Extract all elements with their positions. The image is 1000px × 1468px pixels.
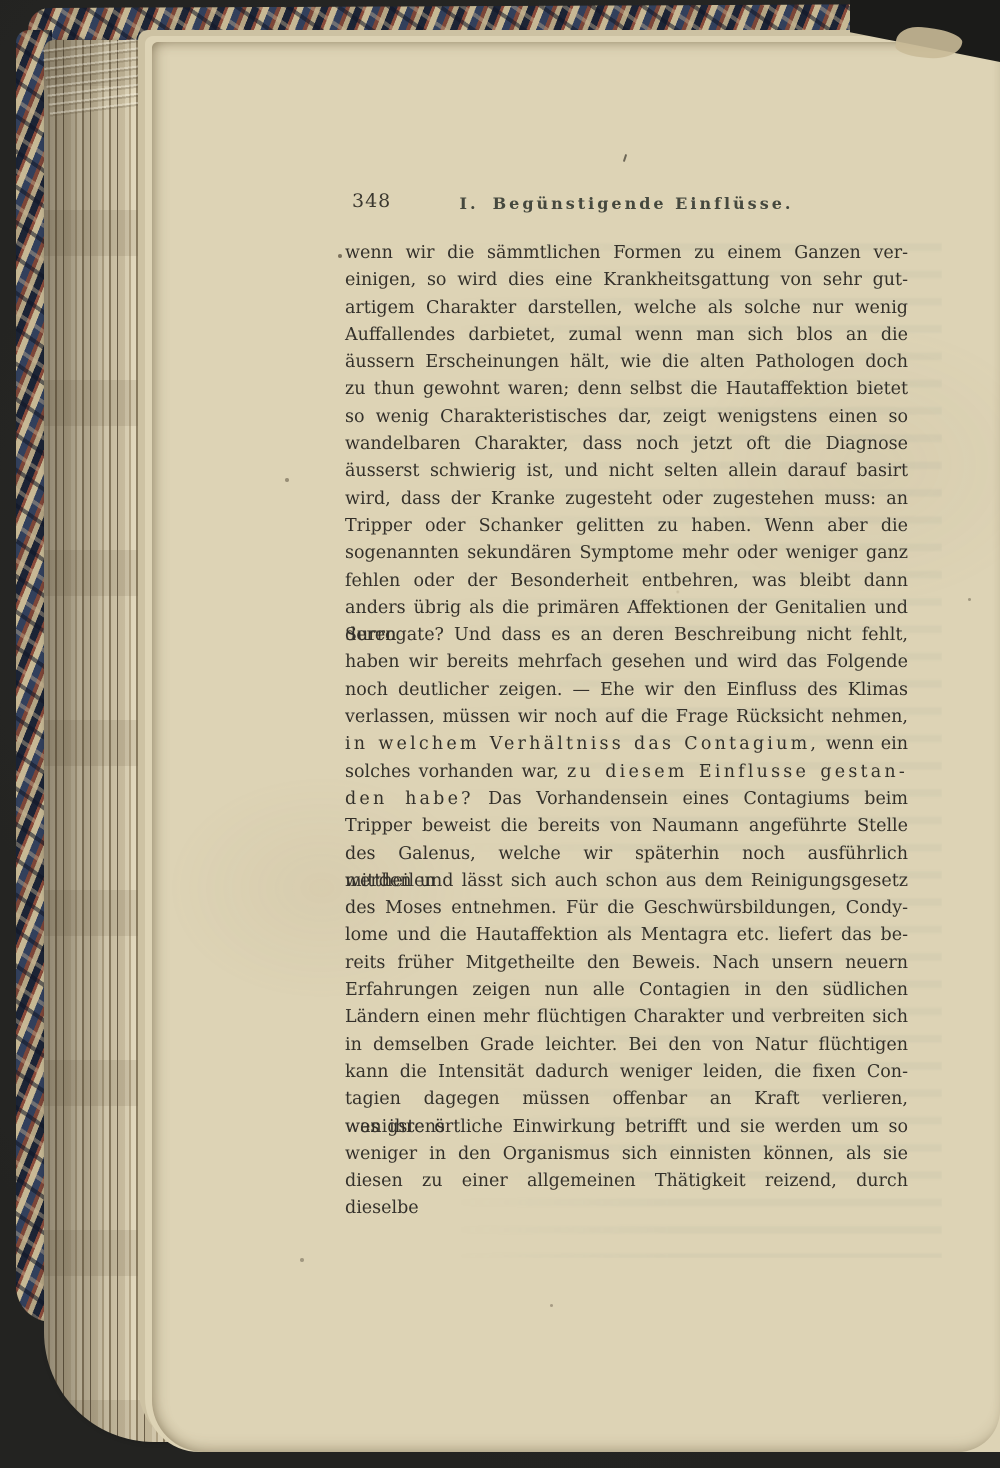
body-text: Das Vorhandensein eines Contagiums beim bbox=[474, 789, 908, 809]
text-line: verlassen, müssen wir noch auf die Frage… bbox=[345, 704, 908, 731]
scan-speck bbox=[968, 598, 971, 601]
text-line: sogenannten sekundären Symptome mehr ode… bbox=[345, 540, 908, 567]
body-text: äusserst schwierig ist, und nicht selten… bbox=[345, 461, 908, 481]
chapter-title: Begünstigende Einflüsse. bbox=[493, 194, 794, 213]
text-line: wandelbaren Charakter, dass noch jetzt o… bbox=[345, 431, 908, 458]
text-block: wenn wir die sämmtlichen Formen zu einem… bbox=[345, 240, 908, 1195]
text-line: anders übrig als die primären Affektione… bbox=[345, 595, 908, 622]
text-line: des Galenus, welche wir späterhin noch a… bbox=[345, 841, 908, 868]
body-text: so wenig Charakteristisches dar, zeigt w… bbox=[345, 407, 908, 427]
text-line: werden und lässt sich auch schon aus dem… bbox=[345, 868, 908, 895]
text-line: Tripper oder Schanker gelitten zu haben.… bbox=[345, 513, 908, 540]
text-line: den habe? Das Vorhandensein eines Contag… bbox=[345, 786, 908, 813]
body-text: sogenannten sekundären Symptome mehr ode… bbox=[345, 543, 908, 563]
page-stack-top-ledges bbox=[42, 38, 146, 119]
text-line: Surrogate? Und dass es an deren Beschrei… bbox=[345, 622, 908, 649]
body-text: äussern Erscheinungen hält, wie die alte… bbox=[345, 352, 908, 372]
body-text: in demselben Grade leichter. Bei den von… bbox=[345, 1035, 908, 1055]
body-text: reits früher Mitgetheilte den Beweis. Na… bbox=[345, 953, 908, 973]
text-line: solches vorhanden war, zu diesem Einflus… bbox=[345, 759, 908, 786]
body-text: diesen zu einer allgemeinen Thätigkeit r… bbox=[345, 1171, 908, 1218]
text-line: reits früher Mitgetheilte den Beweis. Na… bbox=[345, 950, 908, 977]
scan-speck bbox=[338, 254, 342, 258]
body-text: wird, dass der Kranke zugesteht oder zug… bbox=[345, 489, 908, 509]
text-line: wenn wir die sämmtlichen Formen zu einem… bbox=[345, 240, 908, 267]
body-text: wenn ein bbox=[819, 734, 908, 754]
body-text: wandelbaren Charakter, dass noch jetzt o… bbox=[345, 434, 908, 454]
body-text: Ländern einen mehr flüchtigen Charakter … bbox=[345, 1007, 908, 1027]
text-line: zu thun gewohnt waren; denn selbst die H… bbox=[345, 376, 908, 403]
body-text: zu thun gewohnt waren; denn selbst die H… bbox=[345, 379, 908, 399]
body-text: Tripper oder Schanker gelitten zu haben.… bbox=[345, 516, 908, 536]
emphasized-spaced-text: den habe? bbox=[345, 789, 474, 809]
text-line: einigen, so wird dies eine Krankheitsgat… bbox=[345, 267, 908, 294]
text-line: Erfahrungen zeigen nun alle Contagien in… bbox=[345, 977, 908, 1004]
body-text: solches vorhanden war, bbox=[345, 762, 567, 782]
text-line: äusserst schwierig ist, und nicht selten… bbox=[345, 458, 908, 485]
body-text: noch deutlicher zeigen. — Ehe wir den Ei… bbox=[345, 680, 908, 700]
body-text: verlassen, müssen wir noch auf die Frage… bbox=[345, 707, 908, 727]
text-line: lome und die Hautaffektion als Mentagra … bbox=[345, 922, 908, 949]
body-text: Tripper beweist die bereits von Naumann … bbox=[345, 816, 908, 836]
text-line: noch deutlicher zeigen. — Ehe wir den Ei… bbox=[345, 677, 908, 704]
text-line: so wenig Charakteristisches dar, zeigt w… bbox=[345, 404, 908, 431]
scan-mark bbox=[623, 154, 627, 162]
body-text: werden und lässt sich auch schon aus dem… bbox=[345, 871, 908, 891]
emphasized-spaced-text: zu diesem Einflusse gestan- bbox=[567, 762, 908, 782]
body-text: haben wir bereits mehrfach gesehen und w… bbox=[345, 652, 908, 672]
text-line: kann die Intensität dadurch weniger leid… bbox=[345, 1059, 908, 1086]
body-text: des Moses entnehmen. Für die Geschwürsbi… bbox=[345, 898, 908, 918]
book-page: 348 I.Begünstigende Einflüsse. wenn wir … bbox=[152, 42, 1000, 1452]
scan-speck bbox=[300, 1258, 304, 1262]
body-text: fehlen oder der Besonderheit entbehren, … bbox=[345, 571, 908, 591]
text-line: artigem Charakter darstellen, welche als… bbox=[345, 295, 908, 322]
text-line: diesen zu einer allgemeinen Thätigkeit r… bbox=[345, 1168, 908, 1195]
body-text: was ihre örtliche Einwirkung betrifft un… bbox=[345, 1117, 908, 1137]
emphasized-spaced-text: in welchem Verhältniss das Contagium, bbox=[345, 734, 819, 754]
running-header: I.Begünstigende Einflüsse. bbox=[345, 194, 908, 213]
body-text: einigen, so wird dies eine Krankheitsgat… bbox=[345, 270, 908, 290]
text-line: haben wir bereits mehrfach gesehen und w… bbox=[345, 649, 908, 676]
body-text: Surrogate? Und dass es an deren Beschrei… bbox=[345, 625, 908, 645]
scan-speck bbox=[285, 478, 289, 482]
scanned-book-photo: 348 I.Begünstigende Einflüsse. wenn wir … bbox=[0, 0, 1000, 1468]
text-line: tagien dagegen müssen offenbar an Kraft … bbox=[345, 1086, 908, 1113]
body-text: lome und die Hautaffektion als Mentagra … bbox=[345, 925, 908, 945]
body-text: wenn wir die sämmtlichen Formen zu einem… bbox=[345, 243, 908, 263]
text-line: Auffallendes darbietet, zumal wenn man s… bbox=[345, 322, 908, 349]
text-line: fehlen oder der Besonderheit entbehren, … bbox=[345, 568, 908, 595]
text-line: des Moses entnehmen. Für die Geschwürsbi… bbox=[345, 895, 908, 922]
body-text: weniger in den Organismus sich einnisten… bbox=[345, 1144, 908, 1164]
text-line: in demselben Grade leichter. Bei den von… bbox=[345, 1032, 908, 1059]
text-line: Tripper beweist die bereits von Naumann … bbox=[345, 813, 908, 840]
chapter-numeral: I. bbox=[460, 194, 479, 213]
text-line: weniger in den Organismus sich einnisten… bbox=[345, 1141, 908, 1168]
text-line: in welchem Verhältniss das Contagium, we… bbox=[345, 731, 908, 758]
scan-speck bbox=[550, 1304, 553, 1307]
body-text: Erfahrungen zeigen nun alle Contagien in… bbox=[345, 980, 908, 1000]
body-text: Auffallendes darbietet, zumal wenn man s… bbox=[345, 325, 908, 345]
body-text: kann die Intensität dadurch weniger leid… bbox=[345, 1062, 908, 1082]
text-line: Ländern einen mehr flüchtigen Charakter … bbox=[345, 1004, 908, 1031]
body-text: artigem Charakter darstellen, welche als… bbox=[345, 298, 908, 318]
text-line: äussern Erscheinungen hält, wie die alte… bbox=[345, 349, 908, 376]
text-line: wird, dass der Kranke zugesteht oder zug… bbox=[345, 486, 908, 513]
text-line: was ihre örtliche Einwirkung betrifft un… bbox=[345, 1114, 908, 1141]
